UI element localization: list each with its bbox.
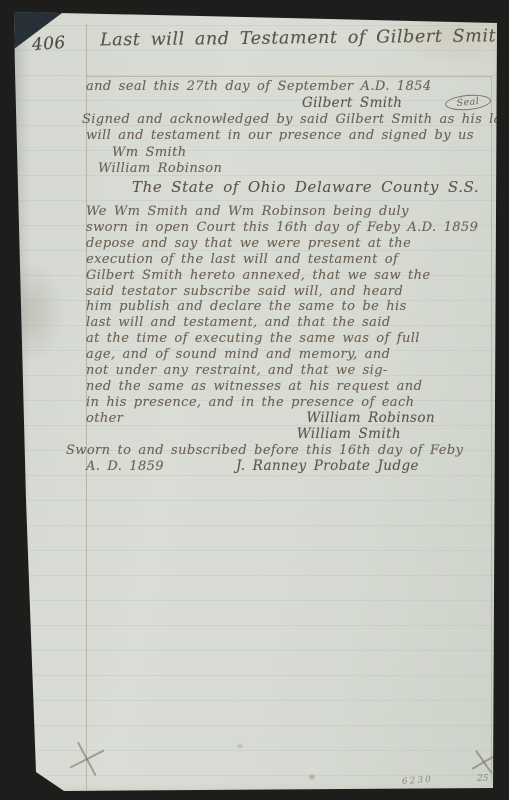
deposition-line: We Wm Smith and Wm Robinson being duly: [86, 204, 493, 220]
deposition-line: execution of the last will and testament…: [86, 252, 493, 268]
seal-stamp: Seal: [444, 93, 491, 112]
deposition-line: said testator subscribe said will, and h…: [86, 284, 493, 300]
testator-signature: Gilbert Smith: [302, 95, 402, 111]
pencil-x-mark-right: [470, 748, 498, 774]
jurat-date: A. D. 1859: [86, 459, 164, 475]
pencil-annotation-number: 6230: [402, 775, 434, 787]
judge-signature: J. Ranney Probate Judge: [236, 459, 419, 475]
attestation-line: and seal this 27th day of September A.D.…: [86, 79, 493, 95]
witness-signature-row: William Smith: [86, 427, 493, 443]
probate-deposition: The State of Ohio Delaware County S.S. W…: [86, 180, 493, 474]
witness-signature: William Smith: [297, 426, 401, 442]
header-rule: [86, 76, 492, 77]
deposition-line: not under any restraint, and that we sig…: [86, 363, 493, 379]
attestation-clause: and seal this 27th day of September A.D.…: [86, 79, 493, 177]
deposition-line: sworn in open Court this 16th day of Feb…: [86, 220, 493, 236]
deposition-line: him publish and declare the same to be h…: [86, 299, 493, 315]
x-stroke: [472, 754, 497, 769]
jurat-date-row: A. D. 1859 J. Ranney Probate Judge: [86, 459, 493, 475]
deposition-line: age, and of sound mind and memory, and: [86, 347, 493, 363]
page-number: 406: [31, 33, 66, 55]
pencil-x-mark-left: [68, 740, 106, 776]
witness-signature: William Robinson: [306, 411, 435, 427]
deposition-line: Gilbert Smith hereto annexed, that we sa…: [86, 268, 493, 284]
deposition-line: other: [86, 411, 123, 427]
attestation-line: will and testament in our presence and s…: [86, 128, 493, 144]
page-title: Last will and Testament of Gilbert Smith…: [100, 26, 509, 51]
deposition-line: at the time of executing the same was of…: [86, 331, 493, 347]
witness-name: William Robinson: [98, 161, 493, 177]
pencil-annotation-small: 25: [477, 774, 488, 784]
witness-name: Wm Smith: [112, 145, 493, 161]
scanned-ledger-image: 406 Last will and Testament of Gilbert S…: [0, 0, 509, 800]
attestation-line: Signed and acknowledged by said Gilbert …: [82, 112, 493, 128]
deposition-line: last will and testament, and that the sa…: [86, 315, 493, 331]
deposition-line: depose and say that we were present at t…: [86, 236, 493, 252]
deposition-line: in his presence, and in the presence of …: [86, 395, 493, 411]
testator-signature-row: Gilbert Smith Seal: [86, 95, 493, 111]
ledger-page: 406 Last will and Testament of Gilbert S…: [0, 0, 509, 800]
venue-caption: The State of Ohio Delaware County S.S.: [132, 180, 493, 204]
x-stroke: [70, 749, 105, 768]
deposition-line: ned the same as witnesses at his request…: [86, 379, 493, 395]
deposition-closing-row: other William Robinson: [86, 411, 493, 427]
jurat-line: Sworn to and subscribed before this 16th…: [66, 443, 493, 459]
